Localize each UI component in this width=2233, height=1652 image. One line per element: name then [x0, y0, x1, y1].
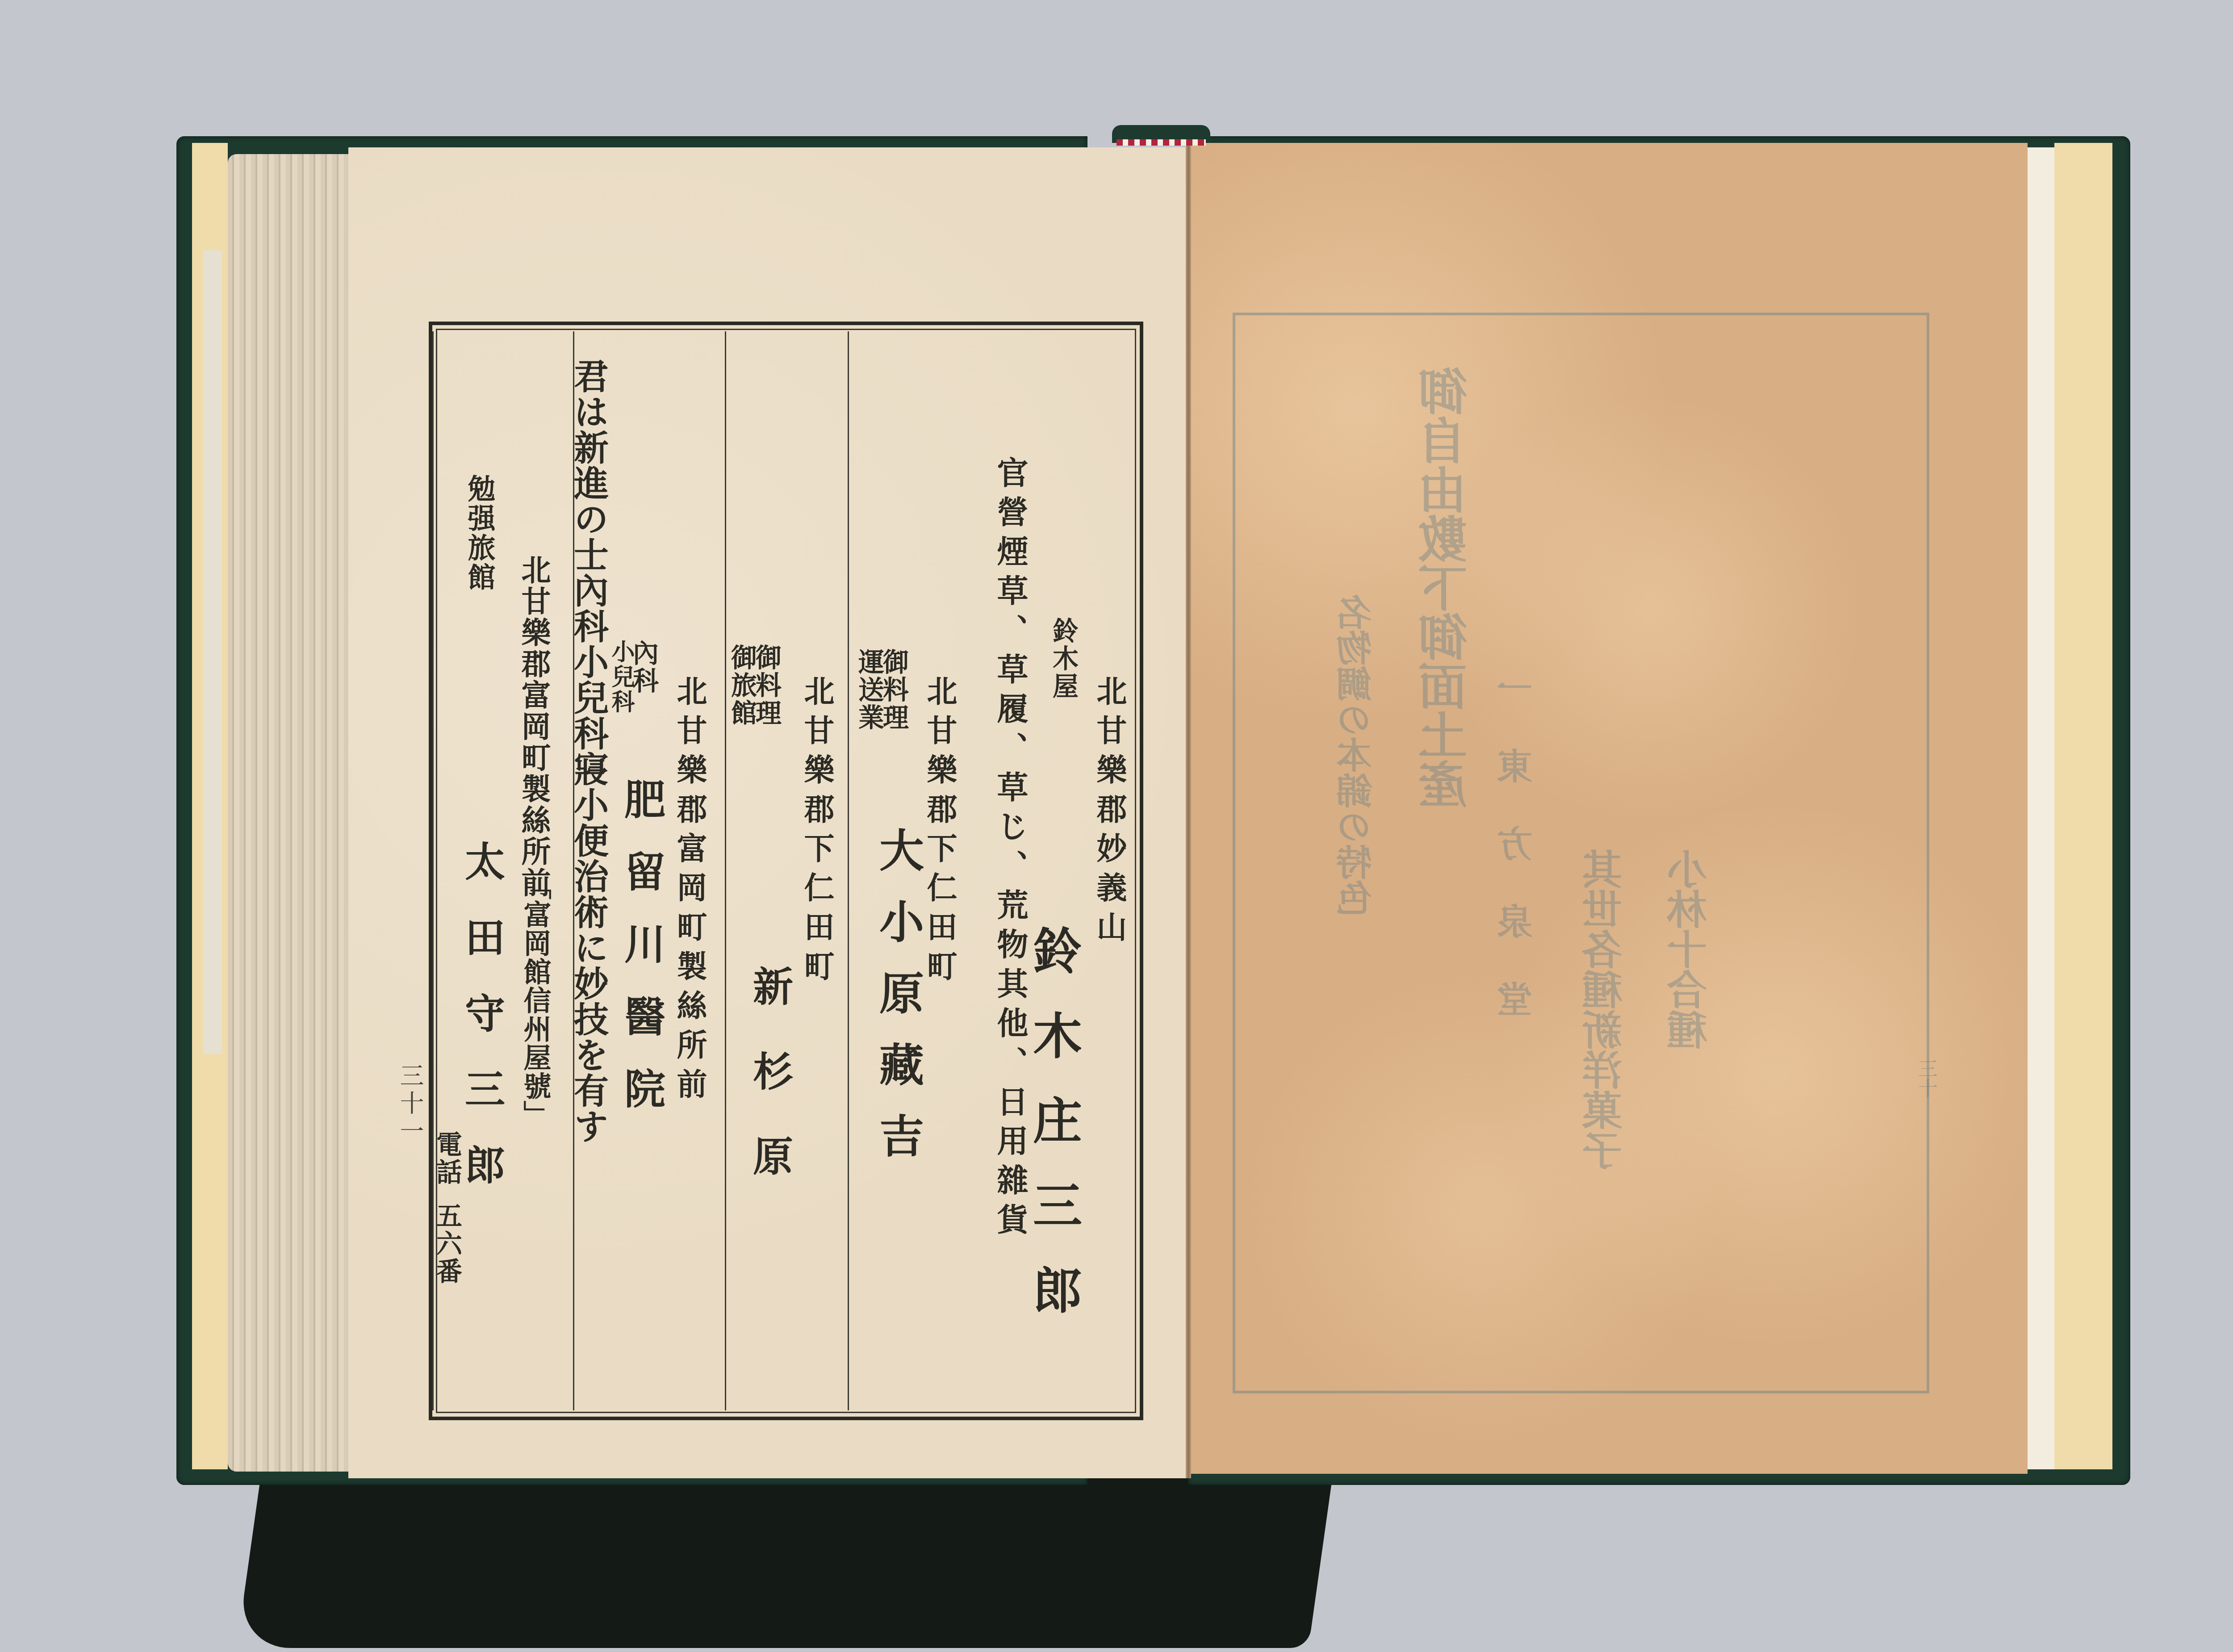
ad-hirukawa-clinic: 北甘樂郡富岡町製絲所前 內科 小兒科 肥留川醫院 君は新進の士內科小兒科寢小便治… [573, 331, 725, 1410]
page-edges-stack [228, 154, 348, 1472]
ad-shinsugihara: 北甘樂郡下仁田町 御料理 御旅館 新杉原 [725, 331, 848, 1410]
ad-okohara: 北甘樂郡下仁田町 御料理 運送業 大小原藏吉 [848, 331, 970, 1410]
advertisement-frame: 北甘樂郡妙義山 鈴木屋 鈴木庄三郎 官營煙草、草履、草じ、荒物其他、日用雜貨 北… [429, 322, 1143, 1420]
left-page-number: 三十一 [393, 1063, 427, 1146]
ad-phone-number: 五六番 [428, 1202, 466, 1285]
ad-phone-label: 電話 [428, 1131, 466, 1186]
ad-trade-line-2: 運送業 [850, 648, 888, 732]
spine-label-strip [203, 250, 222, 1054]
offset-text-block: 小林十合種 [1661, 849, 1719, 1050]
book-gutter [1186, 143, 1191, 1478]
offset-text-block: 名物鯛の本錦の特色 [1331, 594, 1382, 916]
ad-goods: 官營煙草、草履、草じ、荒物其他、日用雜貨 [988, 456, 1033, 1242]
ad-trade-line-2: 御旅館 [723, 644, 761, 727]
ad-tomioka-kan: 北甘樂郡富岡町製絲所前 勉强旅館 「富岡館信州屋號」 太田守三郎 電話 五六番 [432, 331, 573, 1410]
ad-suzuki: 北甘樂郡妙義山 鈴木屋 鈴木庄三郎 官營煙草、草履、草じ、荒物其他、日用雜貨 [970, 331, 1140, 1410]
ad-name: 新杉原 [740, 966, 799, 1220]
right-page-number: 三十 [1911, 1058, 1940, 1098]
ad-note: 「富岡館信州屋號」 [515, 872, 555, 1129]
ad-trade: 鈴木屋 [1045, 617, 1082, 700]
ad-address: 北甘樂郡下仁田町 [795, 675, 839, 990]
ad-address: 北甘樂郡妙義山 [1088, 675, 1131, 950]
endpaper-right [2054, 143, 2112, 1469]
ad-address: 北甘樂郡富岡町製絲所前 [513, 555, 555, 899]
offset-text-block: 一 東 方 泉 堂 [1492, 670, 1543, 1016]
right-flyleaf [2028, 147, 2054, 1469]
ad-name: 大小原藏吉 [866, 827, 930, 1184]
offset-text-block: 御自由數下御面土產 [1411, 366, 1482, 808]
ad-name: 肥留川醫院 [612, 778, 671, 1140]
offset-text-block: 其世各種新洋菓子 [1576, 849, 1635, 1170]
ad-trade: 勉强旅館 [460, 474, 499, 592]
headband [1116, 139, 1206, 146]
ad-address: 北甘樂郡富岡町製絲所前 [668, 675, 711, 1108]
